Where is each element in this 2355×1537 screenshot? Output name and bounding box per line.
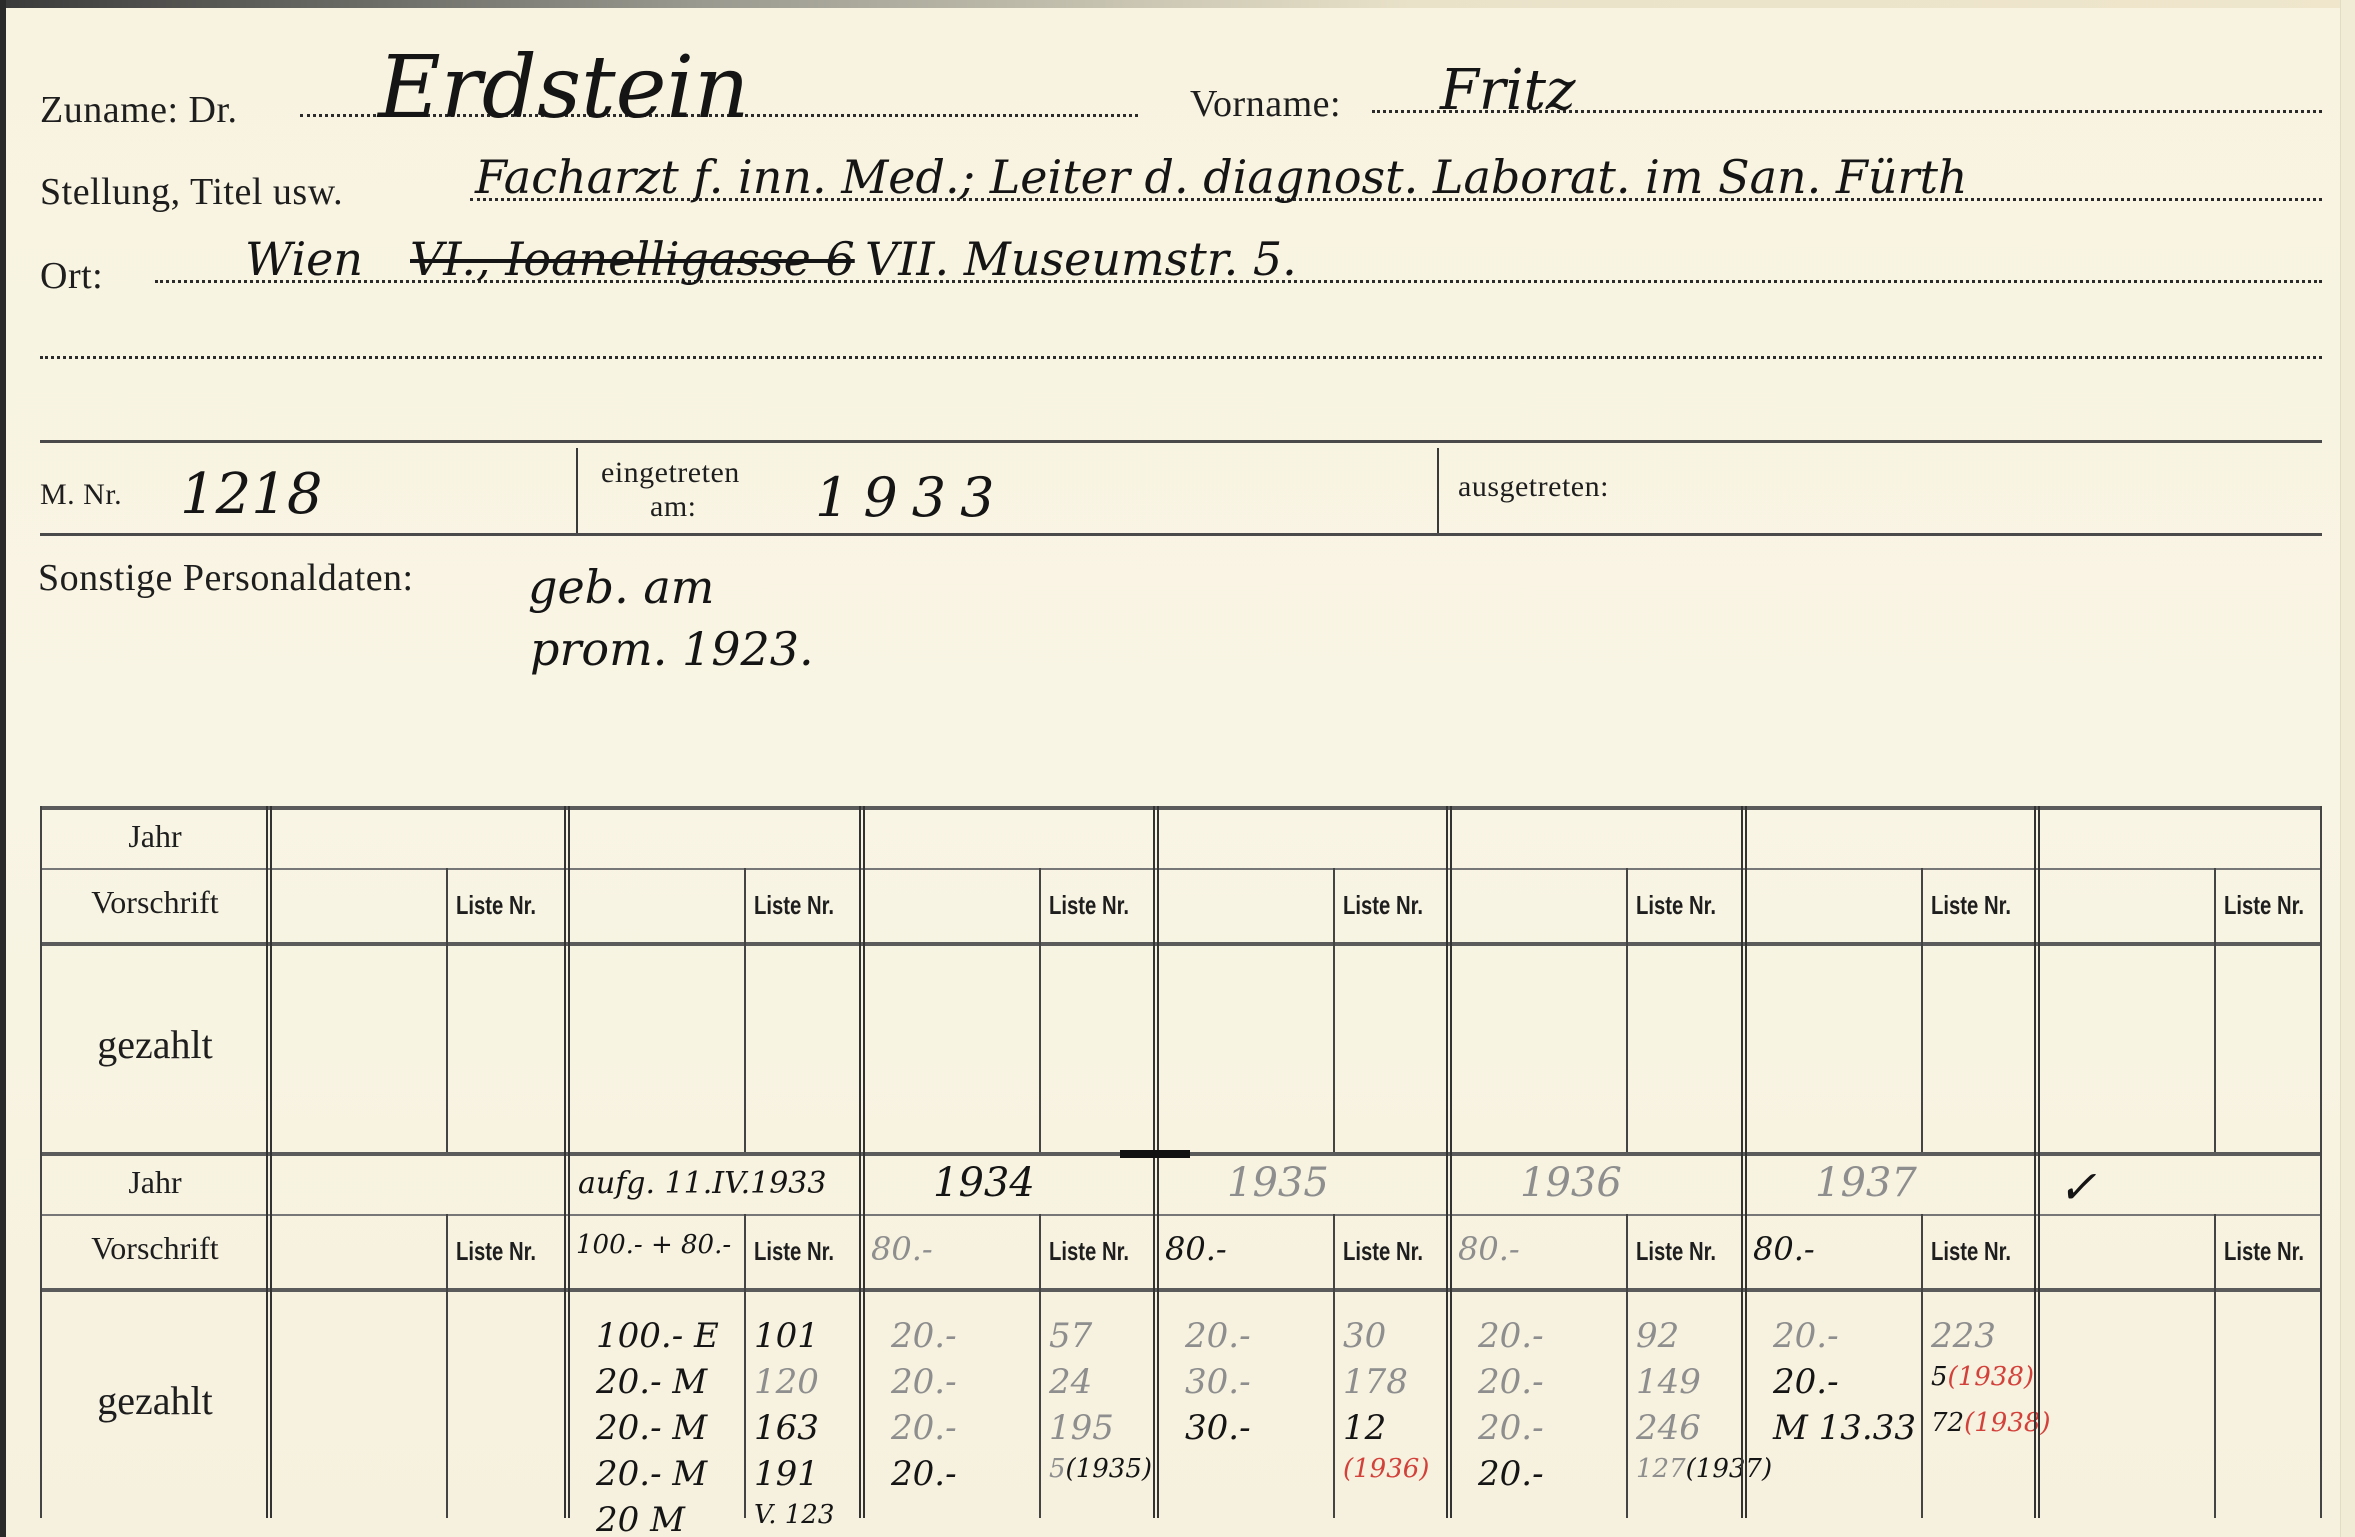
- lower-block-row-label-vorschrift: Vorschrift: [40, 1230, 270, 1267]
- lower-block-vorschrift-value: 80.-: [1458, 1230, 1520, 1268]
- liste-number: 12: [1343, 1408, 1386, 1448]
- liste-number: 223: [1931, 1316, 1996, 1356]
- upper-block-liste-divider: [1333, 868, 1335, 1152]
- upper-block-liste-nr-header: Liste Nr.: [754, 890, 834, 921]
- upper-block-liste-nr-header: Liste Nr.: [1049, 890, 1129, 921]
- liste-number: 246: [1636, 1408, 1701, 1448]
- liste-number: 101: [754, 1316, 819, 1356]
- lower-block-gezahlt-value: 20.- M: [596, 1408, 707, 1448]
- lower-block-liste-value: 92: [1636, 1316, 1679, 1356]
- lower-block-year-divider: [1741, 1152, 1747, 1518]
- lower-block-liste-nr-header: Liste Nr.: [1636, 1236, 1716, 1267]
- lower-block-gezahlt-value: 20.-: [891, 1454, 957, 1494]
- upper-block-year-divider: [1153, 806, 1159, 1152]
- upper-block-liste-nr-header: Liste Nr.: [456, 890, 536, 921]
- liste-number: V. 123: [754, 1500, 834, 1530]
- upper-block-liste-divider: [1039, 868, 1041, 1152]
- lower-block-jahr-value: ✓: [2058, 1160, 2097, 1214]
- card-top-edge: [0, 0, 2355, 8]
- lower-block-gezahlt-value: M 13.33: [1773, 1408, 1916, 1448]
- lower-block-liste-value: V. 123: [754, 1500, 834, 1530]
- lower-block-vorschrift-value: 80.-: [1753, 1230, 1815, 1268]
- lower-block-row-label-jahr: Jahr: [40, 1164, 270, 1201]
- liste-number: 178: [1343, 1362, 1408, 1402]
- lower-block-liste-value: 101: [754, 1316, 819, 1356]
- lower-block-liste-nr-header: Liste Nr.: [1049, 1236, 1129, 1267]
- zuname-value: Erdstein: [378, 38, 749, 138]
- upper-block-year-divider: [564, 806, 570, 1152]
- stellung-value: Facharzt f. inn. Med.; Leiter d. diagnos…: [475, 150, 1968, 204]
- lower-block-year-divider: [859, 1152, 865, 1518]
- lower-block-liste-divider: [1921, 1214, 1923, 1518]
- lower-block-jahr-value: 1937: [1815, 1160, 1917, 1206]
- stellung-label: Stellung, Titel usw.: [40, 170, 343, 214]
- vorname-value: Fritz: [1440, 58, 1576, 123]
- lower-block-gezahlt-value: 20.-: [1185, 1316, 1251, 1356]
- lower-block-liste-nr-header: Liste Nr.: [456, 1236, 536, 1267]
- upper-block-row-label-vorschrift: Vorschrift: [40, 884, 270, 921]
- liste-number: 127: [1636, 1454, 1686, 1484]
- upper-block-liste-nr-header: Liste Nr.: [1931, 890, 2011, 921]
- lower-block-liste-value: 195: [1049, 1408, 1114, 1448]
- lower-block-liste-value: 120: [754, 1362, 819, 1402]
- lower-block-year-divider: [266, 1152, 272, 1518]
- membership-index-card: Zuname: Dr. Erdstein Vorname: Fritz Stel…: [0, 0, 2355, 1537]
- lower-block-gezahlt-value: 20.-: [1773, 1316, 1839, 1356]
- lower-block-gezahlt-value: 20.- M: [596, 1454, 707, 1494]
- personal-data-line-1: geb. am: [528, 560, 714, 614]
- lower-block-liste-value: 30: [1343, 1316, 1386, 1356]
- lower-block-liste-value: 5(1935): [1049, 1454, 1152, 1484]
- card-left-edge: [0, 0, 6, 1537]
- liste-number: 57: [1049, 1316, 1092, 1356]
- liste-number: 120: [754, 1362, 819, 1402]
- lower-block-liste-value: 246: [1636, 1408, 1701, 1448]
- membership-divider-1: [576, 448, 578, 533]
- lower-block-vorschrift-rule: [40, 1288, 2322, 1292]
- upper-block-liste-nr-header: Liste Nr.: [1636, 890, 1716, 921]
- section-separator-mark: [1120, 1150, 1190, 1158]
- lower-block-year-divider: [2034, 1152, 2040, 1518]
- lower-block-liste-nr-header: Liste Nr.: [754, 1236, 834, 1267]
- lower-block-right-border: [2320, 1152, 2322, 1518]
- lower-block-row-label-gezahlt: gezahlt: [40, 1377, 270, 1424]
- lower-block-gezahlt-value: 20 M: [596, 1500, 685, 1537]
- upper-block-right-border: [2320, 806, 2322, 1152]
- lower-block-liste-value: (1936): [1343, 1454, 1429, 1484]
- card-right-edge: [2340, 0, 2355, 1537]
- ort-new-address: VII. Museumstr. 5.: [865, 232, 1297, 286]
- membership-bottom-rule: [40, 533, 2322, 536]
- upper-block-year-divider: [2034, 806, 2040, 1152]
- liste-number: 163: [754, 1408, 819, 1448]
- upper-block-liste-divider: [1921, 868, 1923, 1152]
- mnr-label: M. Nr.: [40, 478, 122, 512]
- upper-block-left-border: [40, 806, 42, 1152]
- personal-data-label: Sonstige Personaldaten:: [38, 556, 414, 600]
- lower-block-liste-value: 178: [1343, 1362, 1408, 1402]
- lower-block-liste-value: 191: [754, 1454, 819, 1494]
- liste-number: 5: [1049, 1454, 1066, 1484]
- upper-block-top-rule: [40, 806, 2322, 810]
- lower-block-liste-value: 12: [1343, 1408, 1386, 1448]
- liste-number: 72: [1931, 1408, 1964, 1438]
- eingetreten-label: eingetreten: [601, 456, 740, 490]
- lower-block-liste-value: 163: [754, 1408, 819, 1448]
- lower-block-gezahlt-value: 20.-: [1478, 1408, 1544, 1448]
- liste-year-note: (1938): [1948, 1362, 2034, 1392]
- lower-block-gezahlt-value: 20.-: [891, 1362, 957, 1402]
- ort-old-address: VI., Ioanelligasse 6: [410, 232, 855, 286]
- eingetreten-am-label: am:: [650, 490, 697, 524]
- lower-block-liste-divider: [744, 1214, 746, 1518]
- lower-block-gezahlt-value: 20.-: [1478, 1316, 1544, 1356]
- lower-block-year-divider: [1446, 1152, 1452, 1518]
- lower-block-gezahlt-value: 20.-: [891, 1408, 957, 1448]
- blank-dotted-line: [40, 356, 2322, 359]
- liste-number: 195: [1049, 1408, 1114, 1448]
- mnr-value: 1218: [180, 462, 323, 527]
- ort-label: Ort:: [40, 254, 103, 298]
- membership-divider-2: [1437, 448, 1439, 533]
- lower-block-liste-nr-header: Liste Nr.: [2224, 1236, 2304, 1267]
- lower-block-gezahlt-value: 30.-: [1185, 1362, 1251, 1402]
- lower-block-liste-value: 72(1938): [1931, 1408, 2051, 1438]
- liste-number: 149: [1636, 1362, 1701, 1402]
- lower-block-gezahlt-value: 30.-: [1185, 1408, 1251, 1448]
- lower-block-liste-value: 5(1938): [1931, 1362, 2034, 1392]
- lower-block-gezahlt-value: 20.-: [1478, 1362, 1544, 1402]
- lower-block-liste-value: 223: [1931, 1316, 1996, 1356]
- liste-year-note: (1936): [1343, 1454, 1429, 1484]
- lower-block-year-divider: [564, 1152, 570, 1518]
- lower-block-gezahlt-value: 20.-: [1773, 1362, 1839, 1402]
- liste-year-note: (1937): [1686, 1454, 1772, 1484]
- lower-block-jahr-value: 1936: [1520, 1160, 1622, 1206]
- upper-block-liste-nr-header: Liste Nr.: [1343, 890, 1423, 921]
- upper-block-year-divider: [1741, 806, 1747, 1152]
- lower-block-liste-divider: [1626, 1214, 1628, 1518]
- payment-table: JahrVorschriftgezahltListe Nr.Liste Nr.L…: [40, 806, 2322, 1506]
- lower-block-jahr-value: 1935: [1227, 1160, 1329, 1206]
- upper-block-liste-divider: [446, 868, 448, 1152]
- lower-block-liste-divider: [2214, 1214, 2216, 1518]
- lower-block-left-border: [40, 1152, 42, 1518]
- liste-year-note: (1935): [1066, 1454, 1152, 1484]
- liste-number: 5: [1931, 1362, 1948, 1392]
- lower-block-gezahlt-value: 20.-: [891, 1316, 957, 1356]
- lower-block-liste-value: 127(1937): [1636, 1454, 1772, 1484]
- upper-block-liste-divider: [2214, 868, 2216, 1152]
- upper-block-year-divider: [859, 806, 865, 1152]
- personal-data-line-2: prom. 1923.: [530, 622, 814, 676]
- upper-block-liste-divider: [1626, 868, 1628, 1152]
- liste-number: 24: [1049, 1362, 1092, 1402]
- eingetreten-value: 1933: [815, 466, 1008, 529]
- ort-city: Wien: [245, 232, 363, 286]
- upper-block-row-label-gezahlt: gezahlt: [40, 1021, 270, 1068]
- upper-block-liste-divider: [744, 868, 746, 1152]
- lower-block-liste-value: 149: [1636, 1362, 1701, 1402]
- lower-block-liste-divider: [1333, 1214, 1335, 1518]
- lower-block-liste-nr-header: Liste Nr.: [1931, 1236, 2011, 1267]
- lower-block-year-divider: [1153, 1152, 1159, 1518]
- lower-block-vorschrift-value: 100.- + 80.-: [576, 1230, 731, 1260]
- lower-block-vorschrift-value: 80.-: [871, 1230, 933, 1268]
- lower-block-jahr-value: aufg. 11.IV.1933: [578, 1166, 826, 1201]
- ausgetreten-label: ausgetreten:: [1458, 470, 1609, 504]
- upper-block-jahr-rule: [40, 868, 2322, 870]
- liste-number: 191: [754, 1454, 819, 1494]
- lower-block-liste-divider: [446, 1214, 448, 1518]
- upper-block-liste-nr-header: Liste Nr.: [2224, 890, 2304, 921]
- upper-block-vorschrift-rule: [40, 942, 2322, 946]
- lower-block-liste-divider: [1039, 1214, 1041, 1518]
- zuname-label: Zuname: Dr.: [40, 88, 238, 132]
- lower-block-liste-nr-header: Liste Nr.: [1343, 1236, 1423, 1267]
- lower-block-jahr-value: 1934: [933, 1160, 1035, 1206]
- upper-block-year-divider: [266, 806, 272, 1152]
- vorname-label: Vorname:: [1190, 82, 1341, 126]
- liste-number: 30: [1343, 1316, 1386, 1356]
- lower-block-vorschrift-value: 80.-: [1165, 1230, 1227, 1268]
- upper-block-row-label-jahr: Jahr: [40, 818, 270, 855]
- lower-block-gezahlt-value: 20.-: [1478, 1454, 1544, 1494]
- lower-block-jahr-rule: [40, 1214, 2322, 1216]
- lower-block-liste-value: 57: [1049, 1316, 1092, 1356]
- lower-block-gezahlt-value: 100.- E: [596, 1316, 719, 1356]
- lower-block-gezahlt-value: 20.- M: [596, 1362, 707, 1402]
- lower-block-liste-value: 24: [1049, 1362, 1092, 1402]
- upper-block-year-divider: [1446, 806, 1452, 1152]
- membership-top-rule: [40, 440, 2322, 443]
- liste-number: 92: [1636, 1316, 1679, 1356]
